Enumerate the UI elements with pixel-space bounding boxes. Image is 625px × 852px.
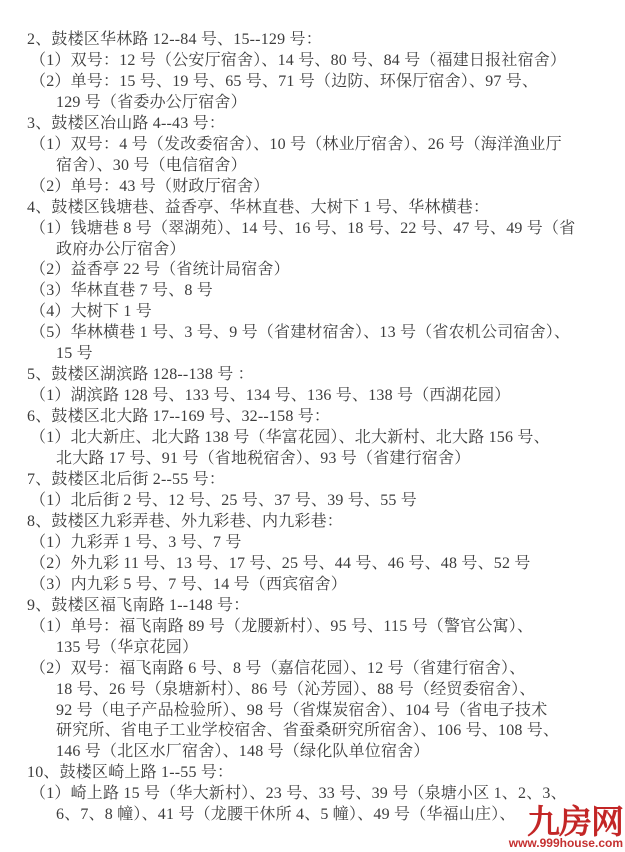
text-line: （2）双号：福飞南路 6 号、8 号（嘉信花园）、12 号（省建行宿舍）、 <box>0 659 625 680</box>
text-line: （1）湖滨路 128 号、133 号、134 号、136 号、138 号（西湖花… <box>0 386 625 407</box>
text-line: 研究所、省电子工业学校宿舍、省蚕桑研究所宿舍）、106 号、108 号、 <box>0 721 625 742</box>
document-page: 2、鼓楼区华林路 12--84 号、15--129 号：（1）双号：12 号（公… <box>0 0 625 852</box>
text-line: 3、鼓楼区冶山路 4--43 号： <box>0 114 625 135</box>
text-line: （1）钱塘巷 8 号（翠湖苑）、14 号、16 号、18 号、22 号、47 号… <box>0 219 625 240</box>
text-line: （3）华林直巷 7 号、8 号 <box>0 281 625 302</box>
text-line: （1）北后街 2 号、12 号、25 号、37 号、39 号、55 号 <box>0 491 625 512</box>
watermark-url: www.999house.com <box>509 837 623 850</box>
text-line: 6、鼓楼区北大路 17--169 号、32--158 号： <box>0 407 625 428</box>
text-line: 5、鼓楼区湖滨路 128--138 号 ： <box>0 365 625 386</box>
text-line: （1）双号：12 号（公安厅宿舍）、14 号、80 号、84 号（福建日报社宿舍… <box>0 51 625 72</box>
text-line: （1）双号：4 号（发改委宿舍）、10 号（林业厅宿舍）、26 号（海洋渔业厅 <box>0 135 625 156</box>
text-line: 15 号 <box>0 344 625 365</box>
document-lines: 2、鼓楼区华林路 12--84 号、15--129 号：（1）双号：12 号（公… <box>0 30 625 826</box>
text-line: 9、鼓楼区福飞南路 1--148 号： <box>0 596 625 617</box>
text-line: 宿舍）、30 号（电信宿舍） <box>0 156 625 177</box>
text-line: 129 号（省委办公厅宿舍） <box>0 93 625 114</box>
text-line: （1）北大新庄、北大路 138 号（华富花园）、北大新村、北大路 156 号、 <box>0 428 625 449</box>
text-line: （3）内九彩 5 号、7 号、14 号（西宾宿舍） <box>0 575 625 596</box>
text-line: （2）单号：43 号（财政厅宿舍） <box>0 177 625 198</box>
text-line: 2、鼓楼区华林路 12--84 号、15--129 号： <box>0 30 625 51</box>
text-line: （2）单号：15 号、19 号、65 号、71 号（边防、环保厅宿舍）、97 号… <box>0 72 625 93</box>
text-line: （2）益香亭 22 号（省统计局宿舍） <box>0 260 625 281</box>
text-line: 7、鼓楼区北后街 2--55 号： <box>0 470 625 491</box>
text-line: （1）九彩弄 1 号、3 号、7 号 <box>0 533 625 554</box>
text-line: 政府办公厅宿舍） <box>0 240 625 261</box>
text-line: 8、鼓楼区九彩弄巷、外九彩巷、内九彩巷： <box>0 512 625 533</box>
text-line: （2）外九彩 11 号、13 号、17 号、25 号、44 号、46 号、48 … <box>0 554 625 575</box>
text-line: 18 号、26 号（泉塘新村）、86 号（沁芳园）、88 号（经贸委宿舍）、 <box>0 680 625 701</box>
watermark: 九房网 www.999house.com <box>509 807 623 850</box>
text-line: 135 号（华京花园） <box>0 638 625 659</box>
text-line: 146 号（北区水厂宿舍）、148 号（绿化队单位宿舍） <box>0 742 625 763</box>
text-line: 北大路 17 号、91 号（省地税宿舍）、93 号（省建行宿舍） <box>0 449 625 470</box>
watermark-logo: 九房网 <box>509 807 623 837</box>
text-line: 4、鼓楼区钱塘巷、益香亭、华林直巷、大树下 1 号、华林横巷： <box>0 198 625 219</box>
text-line: （1）单号：福飞南路 89 号（龙腰新村）、95 号、115 号（警官公寓）、 <box>0 617 625 638</box>
text-line: 92 号（电子产品检验所）、98 号（省煤炭宿舍）、104 号（省电子技术 <box>0 701 625 722</box>
text-line: 10、鼓楼区崎上路 1--55 号： <box>0 763 625 784</box>
text-line: （5）华林横巷 1 号、3 号、9 号（省建材宿舍）、13 号（省农机公司宿舍）… <box>0 323 625 344</box>
text-line: （4）大树下 1 号 <box>0 302 625 323</box>
